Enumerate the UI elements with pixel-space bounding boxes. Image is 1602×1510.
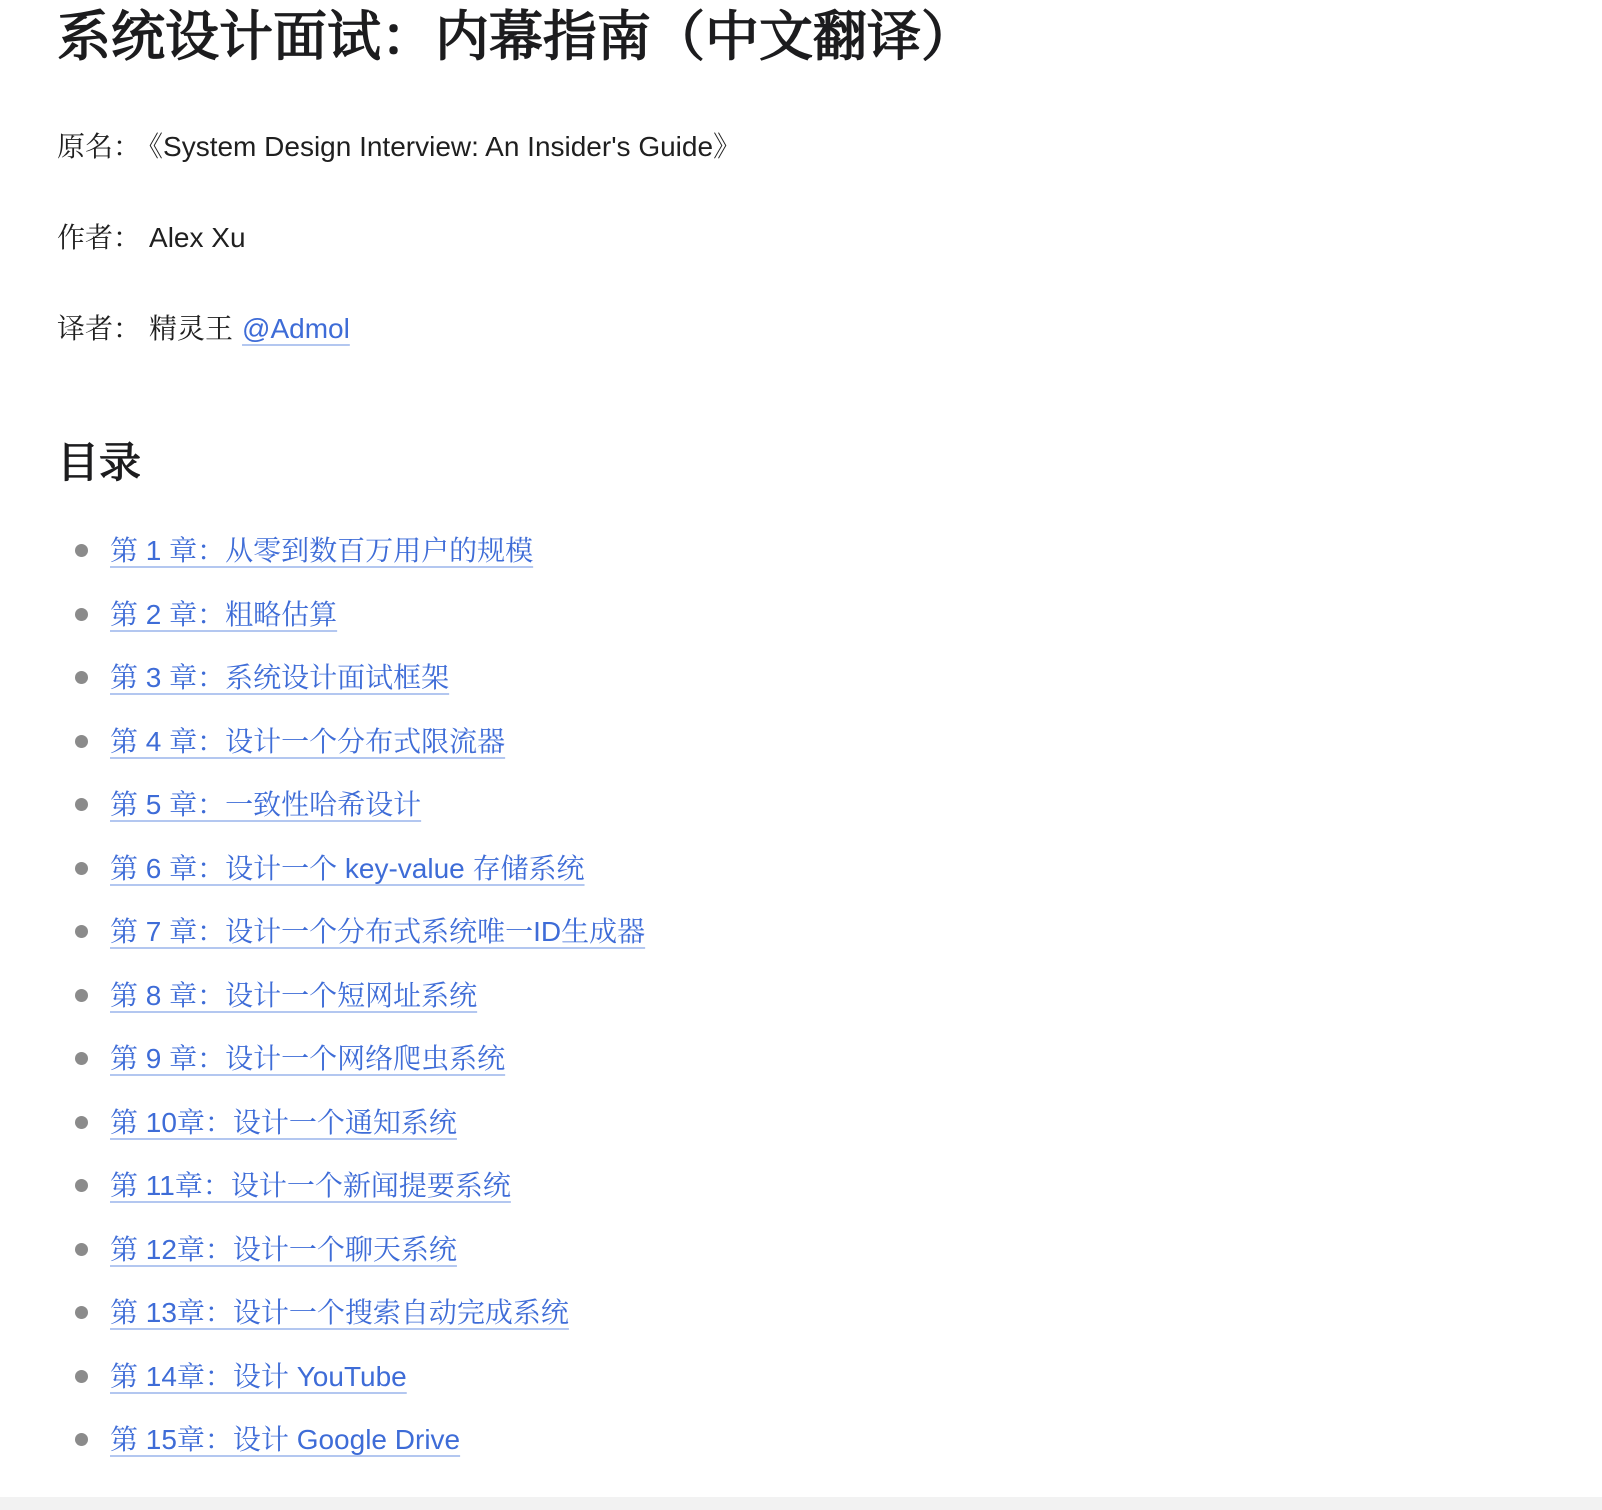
toc-item: 第 4 章：设计一个分布式限流器 xyxy=(110,725,1562,758)
original-title-line: 原名：《System Design Interview: An Insider'… xyxy=(57,130,1562,163)
bullet-icon xyxy=(75,1370,88,1383)
bullet-icon xyxy=(75,1243,88,1256)
bottom-edge-strip xyxy=(0,1497,1602,1510)
toc-item: 第 1 章：从零到数百万用户的规模 xyxy=(110,534,1562,567)
toc-item: 第 7 章：设计一个分布式系统唯一ID生成器 xyxy=(110,915,1562,948)
toc-item: 第 11章：设计一个新闻提要系统 xyxy=(110,1169,1562,1202)
toc-item: 第 5 章：一致性哈希设计 xyxy=(110,788,1562,821)
author-line: 作者：Alex Xu xyxy=(57,221,1562,254)
chapter-link[interactable]: 第 13章：设计一个搜索自动完成系统 xyxy=(110,1297,569,1328)
document-body: 系统设计面试：内幕指南（中文翻译） 原名：《System Design Inte… xyxy=(0,0,1602,1456)
page-title: 系统设计面试：内幕指南（中文翻译） xyxy=(57,6,1562,68)
chapter-link[interactable]: 第 5 章：一致性哈希设计 xyxy=(110,789,421,820)
bullet-icon xyxy=(75,989,88,1002)
toc-item: 第 6 章：设计一个 key-value 存储系统 xyxy=(110,852,1562,885)
bullet-icon xyxy=(75,544,88,557)
bullet-icon xyxy=(75,735,88,748)
chapter-link[interactable]: 第 3 章：系统设计面试框架 xyxy=(110,662,449,693)
original-title-value: 《System Design Interview: An Insider's G… xyxy=(149,131,741,162)
author-label: 作者： xyxy=(57,222,141,253)
chapter-link[interactable]: 第 10章：设计一个通知系统 xyxy=(110,1107,457,1138)
bullet-icon xyxy=(75,1306,88,1319)
chapter-link[interactable]: 第 8 章：设计一个短网址系统 xyxy=(110,980,477,1011)
toc-heading: 目录 xyxy=(57,440,1562,486)
toc-item: 第 14章：设计 YouTube xyxy=(110,1360,1562,1393)
toc-item: 第 8 章：设计一个短网址系统 xyxy=(110,979,1562,1012)
toc-item: 第 10章：设计一个通知系统 xyxy=(110,1106,1562,1139)
chapter-link[interactable]: 第 12章：设计一个聊天系统 xyxy=(110,1234,457,1265)
bullet-icon xyxy=(75,1433,88,1446)
translator-line: 译者：精灵王@Admol xyxy=(57,312,1562,345)
chapter-link[interactable]: 第 6 章：设计一个 key-value 存储系统 xyxy=(110,853,585,884)
bullet-icon xyxy=(75,1052,88,1065)
toc-item: 第 15章：设计 Google Drive xyxy=(110,1423,1562,1456)
toc-item: 第 3 章：系统设计面试框架 xyxy=(110,661,1562,694)
chapter-link[interactable]: 第 9 章：设计一个网络爬虫系统 xyxy=(110,1043,505,1074)
bullet-icon xyxy=(75,798,88,811)
bullet-icon xyxy=(75,608,88,621)
original-title-label: 原名： xyxy=(57,131,141,162)
translator-name: 精灵王 xyxy=(149,313,233,344)
bullet-icon xyxy=(75,1179,88,1192)
toc-item: 第 13章：设计一个搜索自动完成系统 xyxy=(110,1296,1562,1329)
chapter-link[interactable]: 第 15章：设计 Google Drive xyxy=(110,1424,460,1455)
toc-item: 第 9 章：设计一个网络爬虫系统 xyxy=(110,1042,1562,1075)
bullet-icon xyxy=(75,925,88,938)
chapter-link[interactable]: 第 4 章：设计一个分布式限流器 xyxy=(110,726,505,757)
chapter-link[interactable]: 第 7 章：设计一个分布式系统唯一ID生成器 xyxy=(110,916,645,947)
toc-list: 第 1 章：从零到数百万用户的规模 第 2 章：粗略估算 第 3 章：系统设计面… xyxy=(57,534,1562,1456)
chapter-link[interactable]: 第 14章：设计 YouTube xyxy=(110,1361,407,1392)
bullet-icon xyxy=(75,862,88,875)
bullet-icon xyxy=(75,1116,88,1129)
toc-item: 第 12章：设计一个聊天系统 xyxy=(110,1233,1562,1266)
translator-link[interactable]: @Admol xyxy=(242,313,350,344)
chapter-link[interactable]: 第 11章：设计一个新闻提要系统 xyxy=(110,1170,511,1201)
chapter-link[interactable]: 第 2 章：粗略估算 xyxy=(110,599,337,630)
bullet-icon xyxy=(75,671,88,684)
readme-page: 系统设计面试：内幕指南（中文翻译） 原名：《System Design Inte… xyxy=(0,0,1602,1510)
toc-item: 第 2 章：粗略估算 xyxy=(110,598,1562,631)
chapter-link[interactable]: 第 1 章：从零到数百万用户的规模 xyxy=(110,535,533,566)
translator-label: 译者： xyxy=(57,313,141,344)
author-value: Alex Xu xyxy=(149,222,246,253)
